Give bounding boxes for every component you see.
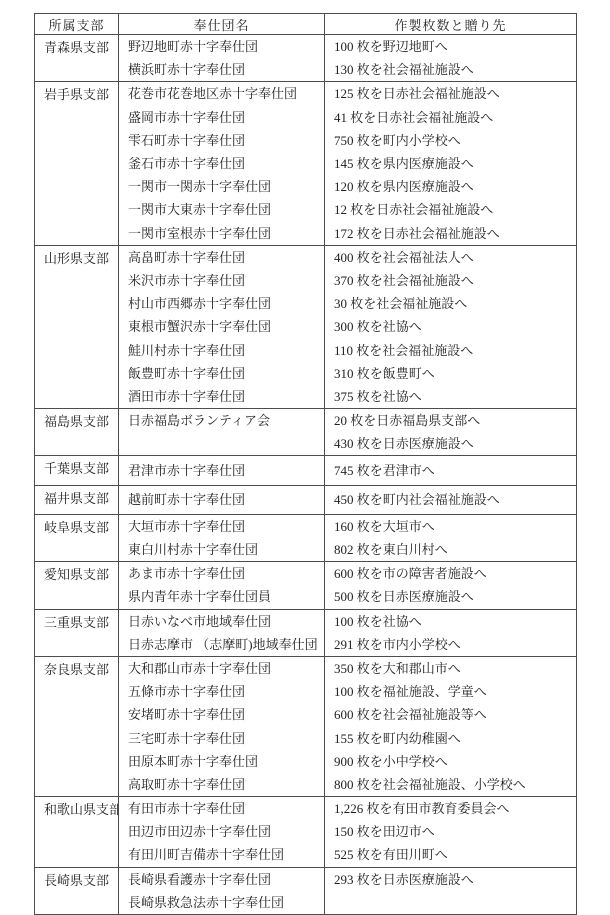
gift-cell: 160 枚を大垣市へ [325,514,577,538]
branch-cell: 青森県支部 [35,35,119,82]
group-name-cell: 東白川村赤十字奉仕団 [119,538,325,562]
gift-cell: 100 枚を社協へ [325,609,577,633]
group-name-cell: 花巻市花巻地区赤十字奉仕団 [119,82,325,106]
gift-cell: 145 枚を県内医療施設へ [325,152,577,175]
table-row: 福島県支部日赤福島ボランティア会20 枚を日赤福島県支部へ [35,409,577,433]
branch-cell: 岩手県支部 [35,82,119,245]
table-row: 千葉県支部君津市赤十字奉仕団745 枚を君津市へ [35,456,577,485]
branch-section: 愛知県支部あま市赤十字奉仕団600 枚を市の障害者施設へ県内青年赤十字奉仕団員5… [35,562,577,609]
group-name-cell: 大垣市赤十字奉仕団 [119,514,325,538]
group-name-cell: 日赤いなべ市地域奉仕団 [119,609,325,633]
group-name-cell: 三宅町赤十字奉仕団 [119,726,325,749]
gift-cell: 110 枚を社会福祉施設へ [325,338,577,361]
branch-cell: 千葉県支部 [35,456,119,485]
group-name-cell: 越前町赤十字奉仕団 [119,485,325,514]
table-row: 三重県支部日赤いなべ市地域奉仕団100 枚を社協へ [35,609,577,633]
group-name-cell: 村山市西郷赤十字奉仕団 [119,292,325,315]
branch-section: 福井県支部越前町赤十字奉仕団450 枚を町内社会福祉施設へ [35,485,577,514]
document-page: 所属支部 奉仕団名 作製枚数と贈り先 青森県支部野辺地町赤十字奉仕団100 枚を… [0,0,610,908]
group-name-cell [119,432,325,456]
header-gift: 作製枚数と贈り先 [325,14,577,35]
group-name-cell: 釜石市赤十字奉仕団 [119,152,325,175]
gift-cell: 12 枚を日赤社会福祉施設へ [325,198,577,221]
group-name-cell: 五條市赤十字奉仕団 [119,680,325,703]
gift-cell: 430 枚を日赤医療施設へ [325,432,577,456]
branch-cell: 長崎県支部 [35,867,119,914]
branch-section: 和歌山県支部有田市赤十字奉仕団1,226 枚を有田市教育委員会へ田辺市田辺赤十字… [35,797,577,868]
group-name-cell: 雫石町赤十字奉仕団 [119,129,325,152]
gift-cell: 745 枚を君津市へ [325,456,577,485]
gift-cell: 20 枚を日赤福島県支部へ [325,409,577,433]
gift-cell: 600 枚を市の障害者施設へ [325,562,577,586]
branch-section: 岐阜県支部大垣市赤十字奉仕団160 枚を大垣市へ東白川村赤十字奉仕団802 枚を… [35,514,577,561]
branch-section: 青森県支部野辺地町赤十字奉仕団100 枚を野辺地町へ横浜町赤十字奉仕団130 枚… [35,35,577,82]
group-name-cell: 盛岡市赤十字奉仕団 [119,106,325,129]
branch-cell: 山形県支部 [35,245,119,408]
gift-cell: 375 枚を社協へ [325,385,577,409]
branch-section: 岩手県支部花巻市花巻地区赤十字奉仕団125 枚を日赤社会福祉施設へ盛岡市赤十字奉… [35,82,577,245]
table-row: 福井県支部越前町赤十字奉仕団450 枚を町内社会福祉施設へ [35,485,577,514]
group-name-cell: 日赤志摩市 （志摩町)地域奉仕団 [119,633,325,657]
gift-cell: 600 枚を社会福祉施設等へ [325,703,577,726]
gift-cell: 802 枚を東白川村へ [325,538,577,562]
gift-cell: 150 枚を田辺市へ [325,820,577,843]
gift-cell: 500 枚を日赤医療施設へ [325,585,577,609]
gift-cell: 310 枚を飯豊町へ [325,362,577,385]
group-name-cell: 有田川町吉備赤十字奉仕団 [119,843,325,867]
table-row: 愛知県支部あま市赤十字奉仕団600 枚を市の障害者施設へ [35,562,577,586]
gift-cell: 30 枚を社会福祉施設へ [325,292,577,315]
group-name-cell: 安堵町赤十字奉仕団 [119,703,325,726]
gift-cell: 291 枚を市内小学校へ [325,633,577,657]
table-row: 岩手県支部花巻市花巻地区赤十字奉仕団125 枚を日赤社会福祉施設へ [35,82,577,106]
branch-section: 長崎県支部長崎県看護赤十字奉仕団293 枚を日赤医療施設へ長崎県救急法赤十字奉仕… [35,867,577,914]
group-name-cell: 酒田市赤十字奉仕団 [119,385,325,409]
group-name-cell: 米沢市赤十字奉仕団 [119,269,325,292]
group-name-cell: 田辺市田辺赤十字奉仕団 [119,820,325,843]
group-name-cell: 県内青年赤十字奉仕団員 [119,585,325,609]
gift-cell: 525 枚を有田川町へ [325,843,577,867]
branch-cell: 和歌山県支部 [35,797,119,868]
table-row: 岐阜県支部大垣市赤十字奉仕団160 枚を大垣市へ [35,514,577,538]
gift-cell: 293 枚を日赤医療施設へ [325,867,577,891]
group-name-cell: 長崎県看護赤十字奉仕団 [119,867,325,891]
gift-cell: 300 枚を社協へ [325,315,577,338]
gift-cell: 100 枚を福祉施設、学童へ [325,680,577,703]
group-name-cell: 日赤福島ボランティア会 [119,409,325,433]
group-name-cell: 有田市赤十字奉仕団 [119,797,325,821]
gift-cell: 450 枚を町内社会福祉施設へ [325,485,577,514]
group-name-cell: 横浜町赤十字奉仕団 [119,58,325,82]
group-name-cell: あま市赤十字奉仕団 [119,562,325,586]
gift-cell: 172 枚を日赤社会福祉施設へ [325,222,577,246]
group-name-cell: 高畠町赤十字奉仕団 [119,245,325,269]
gift-cell: 750 枚を町内小学校へ [325,129,577,152]
gift-cell: 41 枚を日赤社会福祉施設へ [325,106,577,129]
group-name-cell: 田原本町赤十字奉仕団 [119,750,325,773]
branch-section: 山形県支部高畠町赤十字奉仕団400 枚を社会福祉法人へ米沢市赤十字奉仕団370 … [35,245,577,408]
table-row: 山形県支部高畠町赤十字奉仕団400 枚を社会福祉法人へ [35,245,577,269]
branch-cell: 奈良県支部 [35,656,119,796]
branch-cell: 三重県支部 [35,609,119,656]
table-row: 奈良県支部大和郡山市赤十字奉仕団350 枚を大和郡山市へ [35,656,577,680]
group-name-cell: 君津市赤十字奉仕団 [119,456,325,485]
gift-cell: 120 枚を県内医療施設へ [325,175,577,198]
group-name-cell: 一関市一関赤十字奉仕団 [119,175,325,198]
gift-cell: 800 枚を社会福祉施設、小学校へ [325,773,577,797]
group-name-cell: 東根市蟹沢赤十字奉仕団 [119,315,325,338]
gift-cell: 155 枚を町内幼稚園へ [325,726,577,749]
header-group-name: 奉仕団名 [119,14,325,35]
gift-cell: 125 枚を日赤社会福祉施設へ [325,82,577,106]
table-row: 長崎県支部長崎県看護赤十字奉仕団293 枚を日赤医療施設へ [35,867,577,891]
table-header-row: 所属支部 奉仕団名 作製枚数と贈り先 [35,14,577,35]
branch-cell: 岐阜県支部 [35,514,119,561]
header-branch: 所属支部 [35,14,119,35]
gift-cell: 370 枚を社会福祉施設へ [325,269,577,292]
gift-cell: 100 枚を野辺地町へ [325,35,577,59]
branch-cell: 福井県支部 [35,485,119,514]
group-name-cell: 大和郡山市赤十字奉仕団 [119,656,325,680]
gift-cell [325,891,577,915]
group-name-cell: 鮭川村赤十字奉仕団 [119,338,325,361]
volunteer-gift-table: 所属支部 奉仕団名 作製枚数と贈り先 青森県支部野辺地町赤十字奉仕団100 枚を… [34,13,577,915]
gift-cell: 900 枚を小中学校へ [325,750,577,773]
branch-section: 福島県支部日赤福島ボランティア会20 枚を日赤福島県支部へ430 枚を日赤医療施… [35,409,577,456]
branch-section: 千葉県支部君津市赤十字奉仕団745 枚を君津市へ [35,456,577,485]
table-row: 青森県支部野辺地町赤十字奉仕団100 枚を野辺地町へ [35,35,577,59]
gift-cell: 400 枚を社会福祉法人へ [325,245,577,269]
group-name-cell: 一関市大東赤十字奉仕団 [119,198,325,221]
gift-cell: 350 枚を大和郡山市へ [325,656,577,680]
group-name-cell: 長崎県救急法赤十字奉仕団 [119,891,325,915]
gift-cell: 130 枚を社会福祉施設へ [325,58,577,82]
group-name-cell: 一関市室根赤十字奉仕団 [119,222,325,246]
group-name-cell: 飯豊町赤十字奉仕団 [119,362,325,385]
group-name-cell: 野辺地町赤十字奉仕団 [119,35,325,59]
table-row: 和歌山県支部有田市赤十字奉仕団1,226 枚を有田市教育委員会へ [35,797,577,821]
branch-cell: 福島県支部 [35,409,119,456]
branch-cell: 愛知県支部 [35,562,119,609]
branch-section: 三重県支部日赤いなべ市地域奉仕団100 枚を社協へ日赤志摩市 （志摩町)地域奉仕… [35,609,577,656]
gift-cell: 1,226 枚を有田市教育委員会へ [325,797,577,821]
branch-section: 奈良県支部大和郡山市赤十字奉仕団350 枚を大和郡山市へ五條市赤十字奉仕団100… [35,656,577,796]
group-name-cell: 高取町赤十字奉仕団 [119,773,325,797]
